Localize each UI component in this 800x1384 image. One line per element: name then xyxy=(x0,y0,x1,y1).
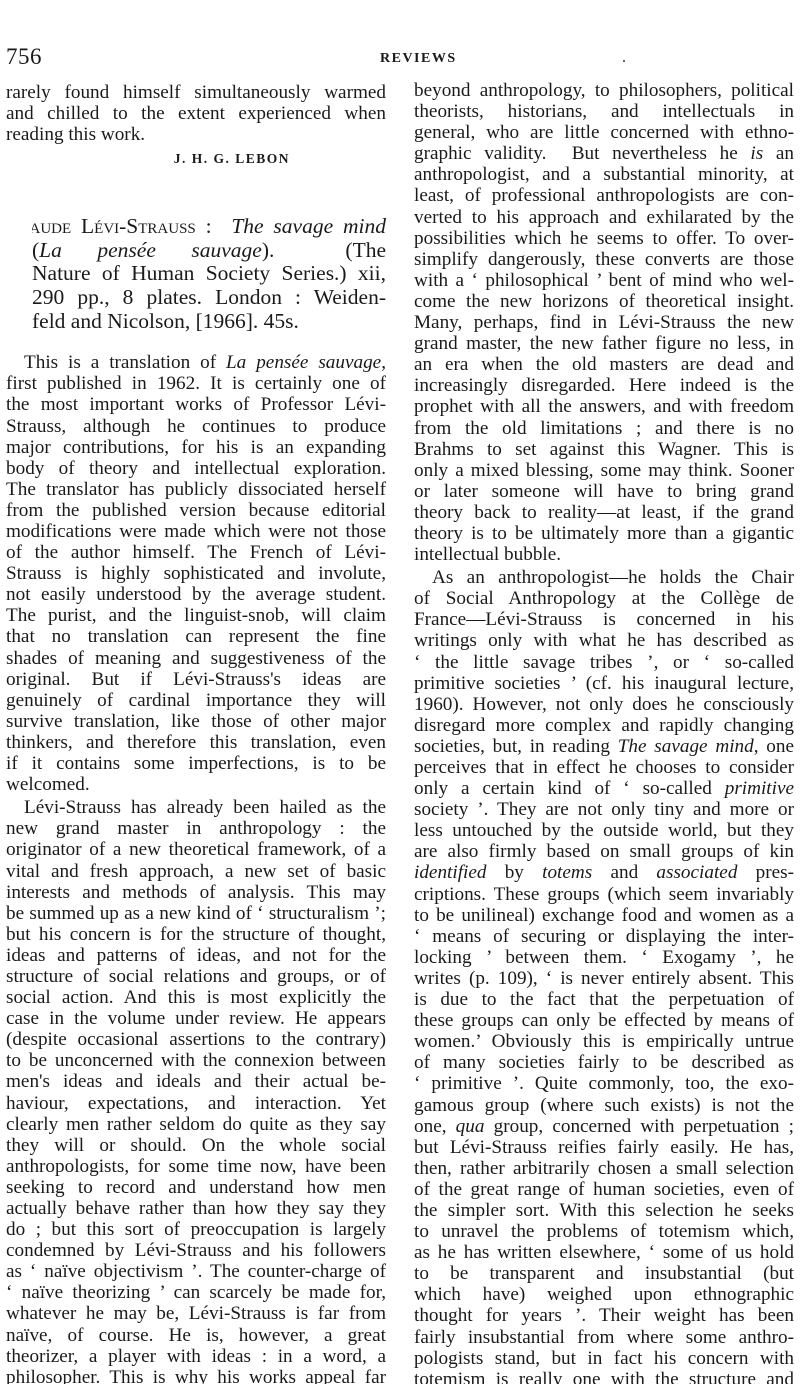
text-line: from the published version because edito… xyxy=(6,500,386,521)
text-line: as he has written elsewhere, ‘ some of u… xyxy=(414,1242,794,1263)
text-line: thought for years ’. Their weight has be… xyxy=(414,1305,794,1326)
text-line: new grand master in anthropology : the xyxy=(6,818,386,839)
text-line: locking ’ between them. ‘ Exogamy ’, he xyxy=(414,947,794,968)
book-title: The savage mind xyxy=(231,215,386,238)
review-paragraph-2-continued: beyond anthropology, to philosophers, po… xyxy=(414,80,794,565)
text-line: Strauss is highly sophisticated and invo… xyxy=(6,563,386,584)
running-head: REVIEWS xyxy=(380,51,457,67)
text-line: reading this work. xyxy=(6,124,386,145)
text-line: perceives that in effect he chooses to c… xyxy=(414,757,794,778)
text-line: the most important works of Professor Lé… xyxy=(6,394,386,415)
heading-line: 290 pp., 8 plates. London : Weiden- xyxy=(32,286,386,310)
text-line: original. But if Lévi-Strauss's ideas ar… xyxy=(6,669,386,690)
text-line: haviour, expectations, and interaction. … xyxy=(6,1093,386,1114)
text-line: social action. And this is most explicit… xyxy=(6,987,386,1008)
text-line: welcomed. xyxy=(6,774,386,795)
text-line: of many societies fairly to be described… xyxy=(414,1052,794,1073)
text-line: graphic validity. But nevertheless he is… xyxy=(414,143,794,164)
text-line: if it contains some imperfections, is to… xyxy=(6,753,386,774)
text-line: to be unilineal) exchange food and women… xyxy=(414,905,794,926)
heading-line: Claude Lévi-Strauss : The savage mind xyxy=(32,215,386,239)
text-line: primitive societies ’ (cf. his inaugural… xyxy=(414,673,794,694)
text-line: The translator has publicly dissociated … xyxy=(6,479,386,500)
text-line: rarely found himself simultaneously warm… xyxy=(6,82,386,103)
text-line: to unravel the problems of totemism whic… xyxy=(414,1221,794,1242)
text-line: be summed up as a new kind of ‘ structur… xyxy=(6,903,386,924)
text-line: vital and fresh approach, a new set of b… xyxy=(6,861,386,882)
text-line: interests and methods of analysis. This … xyxy=(6,882,386,903)
text-line: gamous group (where such exists) is not … xyxy=(414,1095,794,1116)
text-line: but Lévi-Strauss reifies fairly easily. … xyxy=(414,1137,794,1158)
text-line: France—Lévi-Strauss is concerned in his xyxy=(414,609,794,630)
text-line: intellectual bubble. xyxy=(414,544,794,565)
text-line: Brahms to set against this Wagner. This … xyxy=(414,439,794,460)
text-line: theorists, historians, and intellectuals… xyxy=(414,101,794,122)
text-line: ideas and patterns of ideas, and not for… xyxy=(6,945,386,966)
text-line: that no translation can represent the fi… xyxy=(6,626,386,647)
text-line: is due to the fact that the perpetuation… xyxy=(414,989,794,1010)
text-line: modifications were made which were not t… xyxy=(6,521,386,542)
text-line: society ’. They are not only tiny and mo… xyxy=(414,799,794,820)
previous-review-ending: rarely found himself simultaneously warm… xyxy=(6,82,386,145)
text-line: but his concern is for the structure of … xyxy=(6,924,386,945)
review-paragraph-3: As an anthropologist—he holds the Chair … xyxy=(414,567,794,1384)
text-line: ‘ naïve theorizing ’ can scarcely be mad… xyxy=(6,1282,386,1303)
text-line: This is a translation of La pensée sauva… xyxy=(6,352,386,373)
text-line: actually behave rather than how they say… xyxy=(6,1198,386,1219)
text-line: disregard more complex and rapidly chang… xyxy=(414,715,794,736)
text-line: grand master, the new father figure no l… xyxy=(414,333,794,354)
text-line: identified by totems and associated pres… xyxy=(414,862,794,883)
text-line: general, who are little concerned with e… xyxy=(414,122,794,143)
text-line: not easily understood by the average stu… xyxy=(6,584,386,605)
text-line: genuinely of cardinal importance they wi… xyxy=(6,690,386,711)
review-heading: Claude Lévi-Strauss : The savage mind (L… xyxy=(6,215,386,333)
text-line: major contributions, for his is an expan… xyxy=(6,437,386,458)
text-line: anthropologists, for some time now, have… xyxy=(6,1156,386,1177)
text-line: ‘ means of securing or displaying the in… xyxy=(414,926,794,947)
text-line: only a mixed blessing, some may think. S… xyxy=(414,460,794,481)
text-line: seeking to record and understand how men xyxy=(6,1177,386,1198)
text-line: women.’ Obviously this is empirically un… xyxy=(414,1031,794,1052)
text-line: fairly insubstantial from where some ant… xyxy=(414,1327,794,1348)
text-line: men's ideas and ideals and their actual … xyxy=(6,1071,386,1092)
text-line: Strauss, although he continues to produc… xyxy=(6,416,386,437)
text-line: with a ‘ philosophical ’ bent of mind wh… xyxy=(414,270,794,291)
text-line: simplify dangerously, these converts are… xyxy=(414,249,794,270)
text-line: shades of meaning and suggestiveness of … xyxy=(6,648,386,669)
left-column: rarely found himself simultaneously warm… xyxy=(6,82,386,1384)
text-line: one, qua group, concerned with perpetuat… xyxy=(414,1116,794,1137)
right-column: beyond anthropology, to philosophers, po… xyxy=(414,80,794,1384)
review-paragraph-2: Lévi-Strauss has already been hailed as … xyxy=(6,797,386,1384)
text-line: the simpler sort. With this selection he… xyxy=(414,1200,794,1221)
text-line: least, of professional anthropologists a… xyxy=(414,185,794,206)
text-line: these groups can only be effected by mea… xyxy=(414,1010,794,1031)
text-line: to be transparent and insubstantial (but xyxy=(414,1263,794,1284)
original-title: La pensée sauvage xyxy=(39,239,262,262)
text-line: of Social Anthropology at the Collège de xyxy=(414,588,794,609)
text-line: an era when the old masters are dead and xyxy=(414,354,794,375)
heading-line: feld and Nicolson, [1966]. 45s. xyxy=(32,310,386,334)
text-line: anthropologist, and a substantial minori… xyxy=(414,164,794,185)
text-line: 1960). However, not only does he conscio… xyxy=(414,694,794,715)
review-paragraph-1: This is a translation of La pensée sauva… xyxy=(6,352,386,795)
text-line: thinkers, and therefore this translation… xyxy=(6,732,386,753)
previous-reviewer-signature: J. H. G. LEBON xyxy=(6,151,386,171)
text-line: of the author himself. The French of Lév… xyxy=(6,542,386,563)
text-line: philosopher. This is why his works appea… xyxy=(6,1367,386,1384)
text-line: societies, but, in reading The savage mi… xyxy=(414,736,794,757)
text-line: or later someone will have to bring gran… xyxy=(414,481,794,502)
scan-speck xyxy=(623,60,625,62)
text-line: whatever he may be, Lévi-Strauss is far … xyxy=(6,1303,386,1324)
text-line: then, rather arbitrarily chosen a small … xyxy=(414,1158,794,1179)
text-line: structure of social relations and groups… xyxy=(6,966,386,987)
text-line: body of theory and intellectual explorat… xyxy=(6,458,386,479)
text-line: prophet with all the answers, and with f… xyxy=(414,396,794,417)
text-line: as ‘ naïve objectivism ’. The counter-ch… xyxy=(6,1261,386,1282)
text-line: Many, perhaps, find in Lévi-Strauss the … xyxy=(414,312,794,333)
text-line: they will or should. On the whole social xyxy=(6,1135,386,1156)
page-number: 756 xyxy=(6,44,42,70)
text-line: originator of a new theoretical framewor… xyxy=(6,839,386,860)
text-line: theory back to reality—at least, if the … xyxy=(414,502,794,523)
reviewed-author: Claude Lévi-Strauss xyxy=(32,215,196,238)
text-line: (despite occasional assertions to the co… xyxy=(6,1029,386,1050)
text-line: case in the volume under review. He appe… xyxy=(6,1008,386,1029)
text-line: The purist, and the linguist-snob, will … xyxy=(6,605,386,626)
text-line: of the great range of human societies, e… xyxy=(414,1179,794,1200)
text-line: less untouched by the outside world, but… xyxy=(414,820,794,841)
text-line: do ; but this sort of preoccupation is l… xyxy=(6,1219,386,1240)
text-line: clearly men rather seldom do quite as th… xyxy=(6,1114,386,1135)
text-line: condemned by Lévi-Strauss and his follow… xyxy=(6,1240,386,1261)
text-line: writings only with what he has described… xyxy=(414,630,794,651)
text-line: to be unconcerned with the connexion bet… xyxy=(6,1050,386,1071)
text-line: verted to his approach and exhilarated b… xyxy=(414,207,794,228)
text-line: from the old limitations ; and there is … xyxy=(414,418,794,439)
heading-line: (La pensée sauvage). (The xyxy=(32,239,386,263)
text-line: naïve, of course. He is, however, a grea… xyxy=(6,1325,386,1346)
text-line: come the new horizons of theoretical ins… xyxy=(414,291,794,312)
text-line: As an anthropologist—he holds the Chair xyxy=(414,567,794,588)
text-line: first published in 1962. It is certainly… xyxy=(6,373,386,394)
text-line: only a certain kind of ‘ so-called primi… xyxy=(414,778,794,799)
text-line: increasingly disregarded. Here indeed is… xyxy=(414,375,794,396)
text-line: and chilled to the extent experienced wh… xyxy=(6,103,386,124)
text-line: theory is to be ultimately more than a g… xyxy=(414,523,794,544)
text-line: theorizer, a player with ideas : in a wo… xyxy=(6,1346,386,1367)
text-line: ‘ primitive ’. Quite commonly, too, the … xyxy=(414,1073,794,1094)
text-line: ‘ the little savage tribes ’, or ‘ so-ca… xyxy=(414,652,794,673)
text-line: totemism is really one with the structur… xyxy=(414,1369,794,1384)
text-line: beyond anthropology, to philosophers, po… xyxy=(414,80,794,101)
text-line: criptions. These groups (which seem inva… xyxy=(414,884,794,905)
text-line: writes (p. 109), ‘ is never entirely abs… xyxy=(414,968,794,989)
text-line: possibilities which he seems to offer. T… xyxy=(414,228,794,249)
heading-line: Nature of Human Society Series.) xii, xyxy=(32,262,386,286)
text-line: Lévi-Strauss has already been hailed as … xyxy=(6,797,386,818)
text-line: pologists stand, but in fact his concern… xyxy=(414,1348,794,1369)
text-line: survive translation, like those of other… xyxy=(6,711,386,732)
text-line: which have) weighed upon ethnographic xyxy=(414,1284,794,1305)
text-line: are also firmly based on small groups of… xyxy=(414,841,794,862)
